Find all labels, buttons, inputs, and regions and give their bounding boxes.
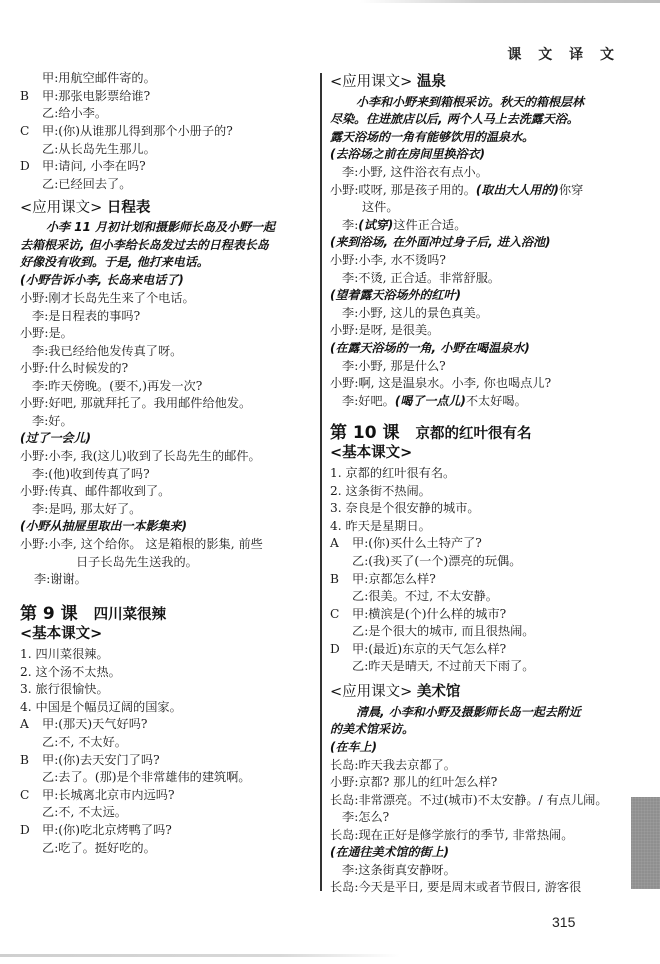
dialogue-line: 小野:什么时候发的?	[20, 360, 128, 377]
dialogue-line: 这件。	[330, 199, 399, 216]
dialogue-line: 日子长岛先生送我的。	[20, 554, 198, 571]
stage-direction: (在露天浴场的一角, 小野在喝温泉水)	[330, 340, 530, 357]
stage-direction: (在车上)	[330, 739, 377, 756]
exercise-line: 乙:给小李。	[20, 105, 107, 122]
exercise-line: D甲:(你)吃北京烤鸭了吗?	[20, 822, 172, 839]
dialogue-line: 李:是吗, 那太好了。	[20, 501, 141, 518]
dialogue-line: 小野:小李, 我(这儿)收到了长岛先生的邮件。	[20, 448, 261, 465]
stage-direction: (过了一会儿)	[20, 430, 91, 447]
dialogue-line: 李:好。	[20, 413, 73, 430]
dialogue-line: 李:这条街真安静呀。	[330, 862, 456, 879]
sentence-line: 3. 奈良是个很安静的城市。	[330, 500, 480, 517]
intro-line: 尽染。住进旅店以后, 两个人马上去洗露天浴。	[330, 111, 579, 128]
stage-direction: (小野告诉小李, 长岛来电话了)	[20, 272, 184, 289]
sentence-line: 3. 旅行很愉快。	[20, 681, 109, 698]
lesson-10-heading: 第 10 课京都的红叶很有名	[330, 422, 532, 445]
intro-line: 小李 11 月初计划和摄影师长岛及小野一起	[20, 219, 275, 236]
stage-direction: (去浴场之前在房间里换浴衣)	[330, 146, 485, 163]
stage-direction: (小野从抽屉里取出一本影集来)	[20, 518, 187, 535]
sentence-line: 2. 这个汤不太热。	[20, 664, 121, 681]
dialogue-line: 小野:是呀, 是很美。	[330, 322, 439, 339]
stage-direction: (在通往美术馆的街上)	[330, 844, 449, 861]
intro-line: 小李和小野来到箱根采访。秋天的箱根层林	[330, 94, 584, 111]
dialogue-line: 小野:小李, 这个给你。 这是箱根的影集, 前些	[20, 536, 263, 553]
dialogue-line: 小野:传真、邮件都收到了。	[20, 483, 170, 500]
dialogue-line: 李:不烫, 正合适。非常舒服。	[330, 270, 500, 287]
exercise-line: 乙:从长岛先生那儿。	[20, 141, 156, 158]
intro-line: 去箱根采访, 但小李给长岛发过去的日程表长岛	[20, 237, 269, 254]
dialogue-line: 小野:京都? 那儿的红叶怎么样?	[330, 774, 497, 791]
exercise-line: B甲:那张电影票给谁?	[20, 88, 150, 105]
section-heading-hot-spring: <应用课文> 温泉	[330, 74, 446, 91]
exercise-line: 乙:昨天是晴天, 不过前天下雨了。	[330, 658, 534, 675]
column-divider	[320, 73, 322, 891]
exercise-line: D甲:(最近)东京的天气怎么样?	[330, 641, 506, 658]
exercise-line: A甲:(那天)天气好吗?	[20, 716, 147, 733]
dialogue-line: 李:小野, 那是什么?	[330, 358, 446, 375]
exercise-line: 乙:(我)买了(一个)漂亮的玩偶。	[330, 553, 521, 570]
dialogue-line: 李:好吧。(喝了一点儿)不太好喝。	[330, 393, 527, 410]
intro-line: 的美术馆采访。	[330, 721, 414, 738]
exercise-line: 乙:不, 不太远。	[20, 804, 127, 821]
exercise-line: 乙:是个很大的城市, 而且很热闹。	[330, 623, 534, 640]
exercise-line: 甲:用航空邮件寄的。	[20, 70, 156, 87]
intro-line: 好像没有收到。于是, 他打来电话。	[20, 254, 209, 271]
intro-line: 露天浴场的一角有能够饮用的温泉水。	[330, 129, 534, 146]
sentence-line: 4. 昨天是星期日。	[330, 518, 431, 535]
section-heading-art-museum: <应用课文> 美术馆	[330, 684, 460, 701]
thumb-index-tab	[631, 797, 660, 889]
lesson-9-heading: 第 9 课四川菜很辣	[20, 603, 166, 626]
exercise-line: C甲:(你)从谁那儿得到那个小册子的?	[20, 123, 233, 140]
running-header: 课 文 译 文	[507, 44, 620, 64]
dialogue-line: 李:(他)收到传真了吗?	[20, 466, 150, 483]
dialogue-line: 李:昨天傍晚。(要不,)再发一次?	[20, 378, 202, 395]
sentence-line: 4. 中国是个幅员辽阔的国家。	[20, 699, 182, 716]
dialogue-line: 小野:刚才长岛先生来了个电话。	[20, 290, 195, 307]
exercise-line: B甲:(你)去天安门了吗?	[20, 752, 160, 769]
scan-edge-shadow-bottom	[0, 954, 400, 957]
dialogue-line: 李:谢谢。	[20, 571, 87, 588]
page-number: 315	[552, 914, 575, 930]
dialogue-line: 小野:哎呀, 那是孩子用的。(取出大人用的)你穿	[330, 182, 583, 199]
exercise-line: 乙:很美。不过, 不太安静。	[330, 588, 498, 605]
dialogue-line: 小野:啊, 这是温泉水。小李, 你也喝点儿?	[330, 375, 551, 392]
exercise-line: 乙:已经回去了。	[20, 176, 131, 193]
dialogue-line: 小野:是。	[20, 325, 73, 342]
exercise-line: C甲:横滨是(个)什么样的城市?	[330, 606, 506, 623]
intro-line: 清晨, 小李和小野及摄影师长岛一起去附近	[330, 704, 581, 721]
dialogue-line: 长岛:昨天我去京都了。	[330, 757, 456, 774]
stage-direction: (望着露天浴场外的红叶)	[330, 287, 461, 304]
dialogue-line: 李:怎么?	[330, 809, 389, 826]
exercise-line: D甲:请问, 小李在吗?	[20, 158, 146, 175]
stage-direction: (来到浴场, 在外面冲过身子后, 进入浴池)	[330, 234, 550, 251]
exercise-line: 乙:去了。(那)是个非常雄伟的建筑啊。	[20, 769, 251, 786]
exercise-line: 乙:不, 不太好。	[20, 734, 127, 751]
dialogue-line: 李:我已经给他发传真了呀。	[20, 343, 182, 360]
dialogue-line: 李:(试穿)这件正合适。	[330, 217, 466, 234]
exercise-line: 乙:吃了。挺好吃的。	[20, 840, 156, 857]
dialogue-line: 长岛:现在正好是修学旅行的季节, 非常热闹。	[330, 827, 573, 844]
sentence-line: 1. 四川菜很辣。	[20, 646, 109, 663]
dialogue-line: 长岛:今天是平日, 要是周末或者节假日, 游客很	[330, 879, 581, 896]
section-heading-schedule: <应用课文> 日程表	[20, 200, 150, 217]
exercise-line: B甲:京都怎么样?	[330, 571, 436, 588]
basic-text-label: <基本课文>	[330, 443, 412, 463]
sentence-line: 2. 这条街不热闹。	[330, 483, 431, 500]
basic-text-label: <基本课文>	[20, 624, 102, 644]
dialogue-line: 李:小野, 这儿的景色真美。	[330, 305, 488, 322]
scan-edge-shadow-top	[360, 0, 660, 3]
dialogue-line: 李:是日程表的事吗?	[20, 308, 140, 325]
exercise-line: C甲:长城离北京市内远吗?	[20, 787, 175, 804]
dialogue-line: 李:小野, 这件浴衣有点小。	[330, 164, 488, 181]
dialogue-line: 小野:好吧, 那就拜托了。我用邮件给他发。	[20, 395, 251, 412]
dialogue-line: 小野:小李, 水不烫吗?	[330, 252, 446, 269]
sentence-line: 1. 京都的红叶很有名。	[330, 465, 455, 482]
exercise-line: A甲:(你)买什么土特产了?	[330, 535, 482, 552]
dialogue-line: 长岛:非常漂亮。不过(城市)不太安静。/ 有点儿闹。	[330, 792, 608, 809]
